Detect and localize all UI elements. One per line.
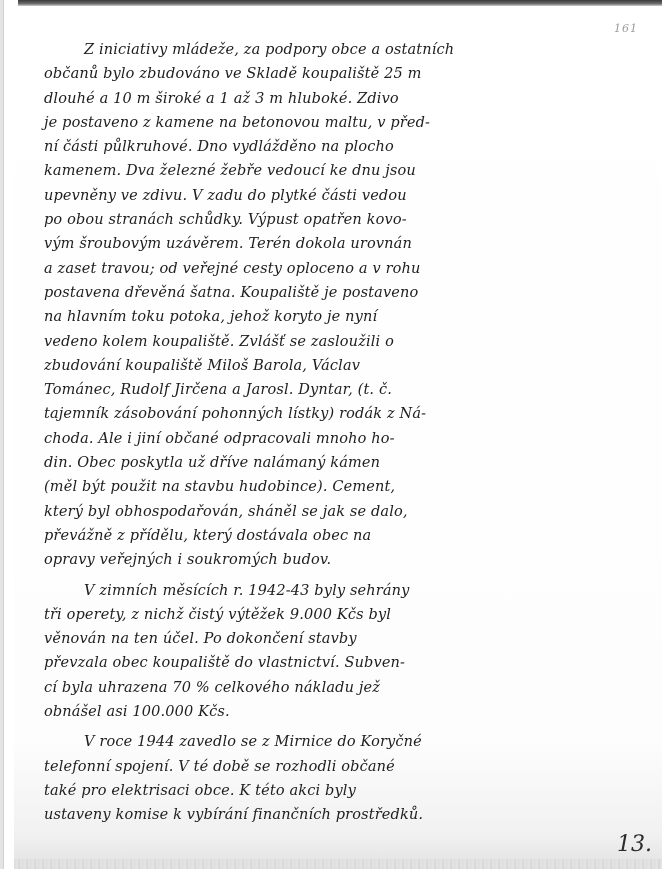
text-line: upevněny ve zdivu. V zadu do plytké část… (44, 184, 564, 208)
text-line: tři operety, z nichž čistý výtěžek 9.000… (44, 603, 564, 627)
text-line: věnován na ten účel. Po dokončení stavby (44, 627, 564, 651)
paragraph-first-line: V zimních měsících r. 1942-43 byly sehrá… (44, 579, 564, 603)
text-line: (měl být použit na stavbu hudobince). Ce… (44, 475, 564, 499)
text-line: postavena dřevěná šatna. Koupaliště je p… (44, 281, 564, 305)
page-number-bottom: 13. (617, 832, 652, 857)
text-line: vým šroubovým uzávěrem. Terén dokola uro… (44, 232, 564, 256)
text-line: který byl obhospodařován, sháněl se jak … (44, 500, 564, 524)
text-line: cí byla uhrazena 70 % celkového nákladu … (44, 676, 564, 700)
text-line: obnášel asi 100.000 Kčs. (44, 700, 564, 724)
text-line: ní části půlkruhové. Dno vydlážděno na p… (44, 135, 564, 159)
page-number-top: 161 (614, 22, 638, 35)
paragraph-first-line: Z iniciativy mládeže, za podpory obce a … (44, 38, 564, 62)
text-line: převážně z přídělu, který dostávala obec… (44, 524, 564, 548)
text-line: kamenem. Dva železné žebře vedoucí ke dn… (44, 159, 564, 183)
text-line: a zaset travou; od veřejné cesty oplocen… (44, 257, 564, 281)
text-line: choda. Ale i jiní občané odpracovali mno… (44, 427, 564, 451)
scan-left-edge (0, 0, 4, 869)
text-line: je postaveno z kamene na betonovou maltu… (44, 111, 564, 135)
text-line: převzala obec koupaliště do vlastnictví.… (44, 651, 564, 675)
text-line: tajemník zásobování pohonných lístky) ro… (44, 402, 564, 426)
paragraph-first-line: V roce 1944 zavedlo se z Mirnice do Kory… (44, 730, 564, 754)
handwritten-text-body: Z iniciativy mládeže, za podpory obce a … (44, 38, 564, 828)
text-line: po obou stranách schůdky. Výpust opatřen… (44, 208, 564, 232)
text-line: din. Obec poskytla už dříve nalámaný kám… (44, 451, 564, 475)
text-line: opravy veřejných i soukromých budov. (44, 548, 564, 572)
text-line: dlouhé a 10 m široké a 1 až 3 m hluboké.… (44, 87, 564, 111)
text-line: vedeno kolem koupaliště. Zvlášť se zaslo… (44, 330, 564, 354)
text-line: telefonní spojení. V té době se rozhodli… (44, 755, 564, 779)
text-line: zbudování koupaliště Miloš Barola, Václa… (44, 354, 564, 378)
scan-bottom-edge (14, 859, 662, 869)
text-line: Tománec, Rudolf Jirčena a Jarosl. Dyntar… (44, 378, 564, 402)
text-line: ustaveny komise k vybírání finančních pr… (44, 803, 564, 827)
text-line: také pro elektrisaci obce. K této akci b… (44, 779, 564, 803)
text-line: na hlavním toku potoka, jehož koryto je … (44, 305, 564, 329)
text-line: občanů bylo zbudováno ve Skladě koupališ… (44, 62, 564, 86)
scan-top-edge (18, 0, 662, 6)
